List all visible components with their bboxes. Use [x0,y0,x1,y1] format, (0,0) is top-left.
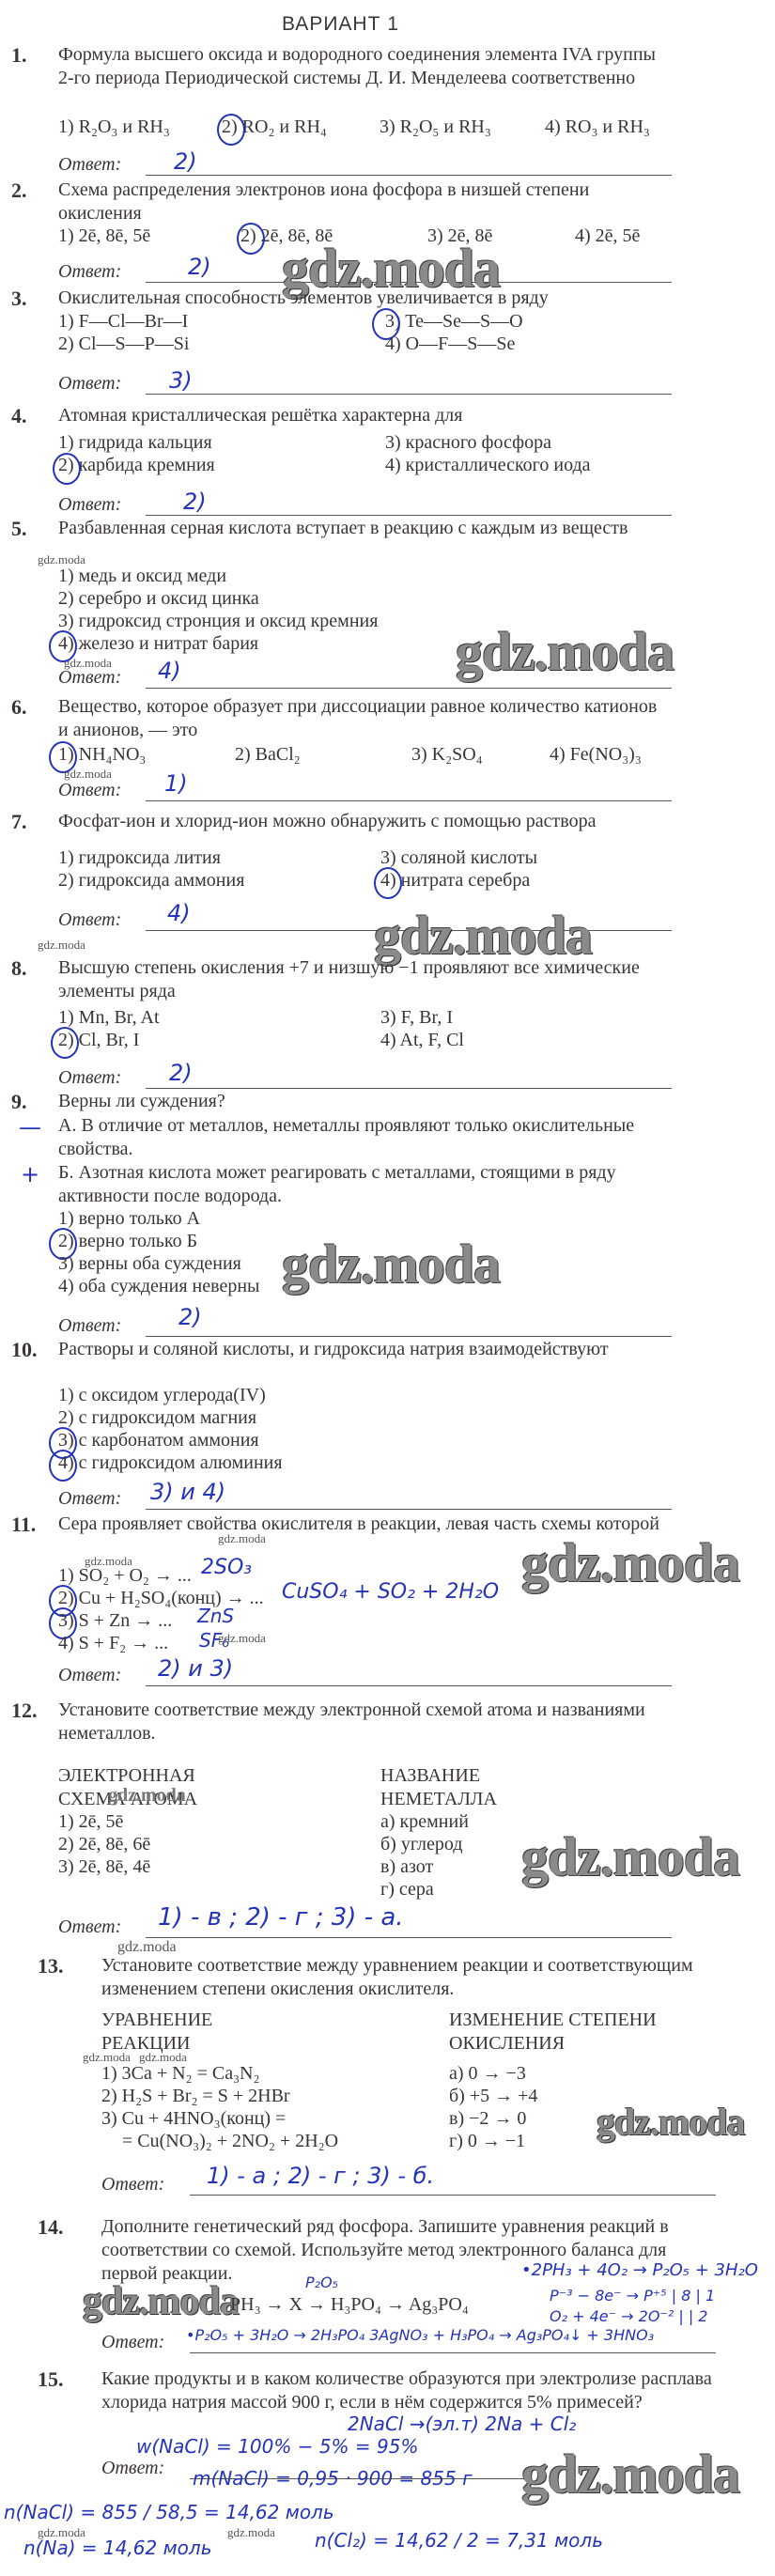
option-3[interactable]: 3) F, Br, I [380,1007,453,1029]
worksheet-page: ВАРИАНТ 1 1. Формула высшего оксида и во… [0,0,775,2576]
handwritten-note: P₂O₅ [305,2273,338,2291]
question-text: Схема распределения электронов иона фосф… [58,178,669,225]
answer-line[interactable] [146,394,672,395]
option-3[interactable]: 3) R₂O₅ и RH₃ [380,116,491,138]
question-text: Растворы и соляной кислоты, и гидроксида… [58,1338,669,1361]
answer-label: Ответ: [58,494,121,516]
circled-mark [217,114,245,146]
right-item-c: в) азот [380,1856,433,1878]
watermark: gdz.moda [83,2279,239,2324]
question-number: 10. [11,1338,38,1362]
answer-label: Ответ: [58,261,121,283]
right-item-a: а) кремний [380,1811,469,1833]
question-number: 6. [11,695,27,720]
handwritten-note: n(NaCl) = 855 / 58,5 = 14,62 моль [4,2501,334,2523]
option-2[interactable]: 2) Cl—S—P—Si [58,334,189,355]
handwritten-answer: 2) [169,1060,193,1086]
option-1[interactable]: 1) гидрида кальция [58,432,212,454]
question-text: Установите соответствие между уравнением… [101,1954,712,2001]
handwritten-note: w(NaCl) = 100% − 5% = 95% [136,2435,418,2458]
option-4[interactable]: 4) с гидроксидом алюминия [58,1452,283,1474]
circled-mark [49,1450,77,1482]
answer-label: Ответ: [58,1916,121,1938]
option-3[interactable]: 3) соляной кислоты [380,847,537,869]
handwritten-note: n(Na) = 14,62 моль [23,2537,211,2559]
option-4[interactable]: 4) нитрата серебра [380,870,530,892]
option-1[interactable]: 1) гидроксида лития [58,847,221,869]
question-text: Окислительная способность элементов увел… [58,287,669,310]
answer-label: Ответ: [58,909,121,931]
handwritten-note: ZnS [197,1605,234,1627]
right-item-a: а) 0 → −3 [449,2063,526,2085]
question-text: Высшую степень окисления +7 и низшую −1 … [58,956,669,1003]
question-text: Фосфат-ион и хлорид-ион можно обнаружить… [58,810,669,833]
question-number: 8. [11,956,27,981]
watermark-small: gdz.moda [218,1531,266,1546]
answer-label: Ответ: [58,1665,121,1686]
question-text: Атомная кристаллическая решётка характер… [58,404,669,427]
handwritten-answer: 2) и 3) [158,1655,233,1682]
right-item-b: б) углерод [380,1834,462,1855]
answer-label: Ответ: [101,2332,164,2353]
watermark: gdz.moda [521,1825,739,1888]
handwritten-note: n(Cl₂) = 14,62 / 2 = 7,31 моль [315,2529,603,2552]
option-1[interactable]: 1) SO₂ + O₂ → ... [58,1565,192,1587]
handwritten-note: 2NaCl →(эл.т) 2Na + Cl₂ [348,2413,576,2435]
answer-label: Ответ: [58,154,121,176]
answer-label: Ответ: [58,373,121,395]
answer-line[interactable] [146,1937,672,1938]
option-1[interactable]: 1) Mn, Br, At [58,1007,160,1029]
watermark-small: gdz.moda [227,2525,275,2540]
question-number: 4. [11,404,27,428]
handwritten-answer: 1) [164,770,188,797]
option-1[interactable]: 1) 2ē, 8ē, 5ē [58,225,150,247]
answer-label: Ответ: [101,2174,164,2196]
watermark: gdz.moda [597,2100,745,2144]
option-4[interactable]: 4) Fe(NO₃)₃ [550,744,642,766]
handwritten-note: 2SO₃ [201,1556,252,1579]
handwritten-answer: 2) [174,148,197,175]
option-2[interactable]: 2) BaCl₂ [235,744,301,766]
option-4[interactable]: 4) оба суждения неверны [58,1276,259,1297]
answer-line[interactable] [146,688,672,689]
option-1[interactable]: 1) с оксидом углерода(IV) [58,1385,266,1406]
watermark: gdz.moda [521,1531,739,1594]
watermark: gdz.moda [521,2443,739,2506]
left-item-2: 2) 2ē, 8ē, 6ē [58,1834,150,1855]
option-1[interactable]: 1) медь и оксид меди [58,566,226,587]
watermark: gdz.moda [456,620,674,683]
answer-line[interactable] [190,2352,716,2353]
left-column-header: УРАВНЕНИЕ РЕАКЦИИ [101,2009,289,2056]
circled-mark [51,1027,79,1059]
right-column-header: ИЗМЕНЕНИЕ СТЕПЕНИ ОКИСЛЕНИЯ [449,2009,721,2056]
answer-line[interactable] [146,1509,672,1510]
right-column-header: НАЗВАНИЕ НЕМЕТАЛЛА [380,1764,531,1811]
answer-line[interactable] [146,1336,672,1337]
handwritten-note: CuSO₄ + SO₂ + 2H₂O [282,1580,499,1604]
option-2[interactable]: 2) с гидроксидом магния [58,1407,256,1429]
left-item-3: 3) Cu + 4HNO₃(конц) = [101,2108,286,2130]
option-4[interactable]: 4) кристаллического иода [385,455,591,476]
answer-label: Ответ: [58,1067,121,1089]
question-number: 14. [38,2215,64,2240]
question-number: 1. [11,43,27,68]
answer-line[interactable] [146,1088,672,1089]
question-text: Установите соответствие между электронно… [58,1699,669,1746]
question-number: 13. [38,1954,64,1979]
answer-label: Ответ: [58,1488,121,1510]
handwritten-answer: •P₂O₅ + 3H₂O → 2H₃PO₄ 3AgNO₃ + H₃PO₄ → A… [186,2326,654,2344]
question-number: 11. [11,1513,36,1537]
option-3[interactable]: 3) с карбонатом аммония [58,1430,259,1451]
option-3[interactable]: 3) Te—Se—S—O [385,311,523,333]
question-number: 2. [11,178,27,203]
question-text: Формула высшего оксида и водородного сое… [58,43,669,90]
question-number: 7. [11,810,27,834]
option-4[interactable]: 4) S + F₂ → ... [58,1633,168,1654]
statement-a-mark: — [19,1114,41,1141]
answer-label: Ответ: [101,2458,164,2479]
option-4[interactable]: 4) 2ē, 5ē [575,225,640,247]
option-3[interactable]: 3) K₂SO₄ [411,744,483,766]
answer-label: Ответ: [58,1315,121,1337]
answer-line[interactable] [146,800,672,801]
handwritten-answer: 1) - а ; 2) - г ; 3) - б. [207,2163,434,2189]
option-4[interactable]: 4) At, F, Cl [380,1030,464,1051]
question-number: 12. [11,1699,38,1723]
right-item-c: в) −2 → 0 [449,2108,526,2130]
handwritten-answer: 4) [158,658,181,684]
option-2[interactable]: 2) гидроксида аммония [58,870,244,892]
handwritten-answer: 3) [169,367,193,394]
left-item-1: 1) 3Ca + N₂ = Ca₃N₂ [101,2063,259,2085]
handwritten-answer: 2) [178,1304,202,1330]
option-1[interactable]: 1) F—Cl—Br—I [58,311,188,333]
option-3[interactable]: 3) гидроксид стронция и оксид кремния [58,611,378,632]
option-4[interactable]: 4) O—F—S—Se [385,334,515,355]
genetic-scheme: PH₃ → X → H₃PO₄ → Ag₃PO₄ [230,2294,469,2316]
handwritten-note: P⁻³ − 8e⁻ → P⁺⁵ | 8 | 1 [550,2287,715,2304]
answer-label: Ответ: [58,780,121,801]
watermark-small: gdz.moda [108,1785,186,1807]
handwritten-note: •2PH₃ + 4O₂ → P₂O₅ + 3H₂O [521,2260,758,2280]
left-item-2: 2) H₂S + Br₂ = S + 2HBr [101,2086,290,2107]
answer-label: Ответ: [58,667,121,689]
option-2[interactable]: 2) карбида кремния [58,455,215,476]
watermark-small: gdz.moda [218,1631,266,1646]
handwritten-answer: 4) [167,900,191,926]
option-2[interactable]: 2) верно только Б [58,1231,197,1252]
option-4[interactable]: 4) железо и нитрат бария [58,633,258,655]
question-number: 3. [11,287,27,311]
handwritten-answer: 1) - в ; 2) - г ; 3) - а. [158,1903,404,1932]
option-1[interactable]: 1) R₂O₃ и RH₃ [58,116,170,138]
question-text: Вещество, которое образует при диссоциац… [58,695,669,742]
question-text: Какие продукты и в каком количестве обра… [101,2367,712,2414]
variant-title: ВАРИАНТ 1 [282,13,399,36]
watermark-small: gdz.moda [38,938,85,953]
statement-b: Б. Азотная кислота может реагировать с м… [58,1161,669,1208]
answer-line[interactable] [146,515,672,516]
right-item-d: г) сера [380,1879,434,1901]
handwritten-note: m(NaCl) = 0,95 · 900 = 855 г [193,2467,473,2490]
right-item-b: б) +5 → +4 [449,2086,537,2107]
handwritten-answer: 2) [188,254,211,280]
option-3[interactable]: 3) красного фосфора [385,432,551,454]
question-number: 15. [38,2367,64,2392]
question-number: 5. [11,517,27,541]
left-item-1: 1) 2ē, 5ē [58,1811,123,1833]
handwritten-answer: 3) и 4) [150,1479,225,1505]
question-text: Верны ли суждения? [58,1090,669,1113]
watermark: gdz.moda [282,1233,500,1296]
answer-line[interactable] [146,1685,672,1686]
statement-a: А. В отличие от металлов, неметаллы проя… [58,1114,669,1161]
right-item-d: г) 0 → −1 [449,2131,525,2152]
option-2[interactable]: 2) серебро и оксид цинка [58,588,259,610]
left-item-3: 3) 2ē, 8ē, 4ē [58,1856,150,1878]
question-text: Разбавленная серная кислота вступает в р… [58,517,669,540]
left-item-3-cont: = Cu(NO₃)₂ + 2NO₂ + 2H₂O [122,2131,338,2152]
option-4[interactable]: 4) RO₃ и RH₃ [545,116,650,138]
circled-mark [237,223,265,255]
handwritten-note: O₂ + 4e⁻ → 2O⁻² | | 2 [550,2307,707,2325]
option-3[interactable]: 3) верны оба суждения [58,1253,241,1275]
circled-mark [53,453,81,485]
circled-mark [374,867,402,899]
statement-b-mark: + [21,1161,39,1187]
question-number: 9. [11,1090,27,1114]
option-1[interactable]: 1) верно только А [58,1208,200,1230]
handwritten-answer: 2) [183,489,207,515]
answer-line[interactable] [146,175,672,176]
answer-line[interactable] [190,2195,716,2196]
